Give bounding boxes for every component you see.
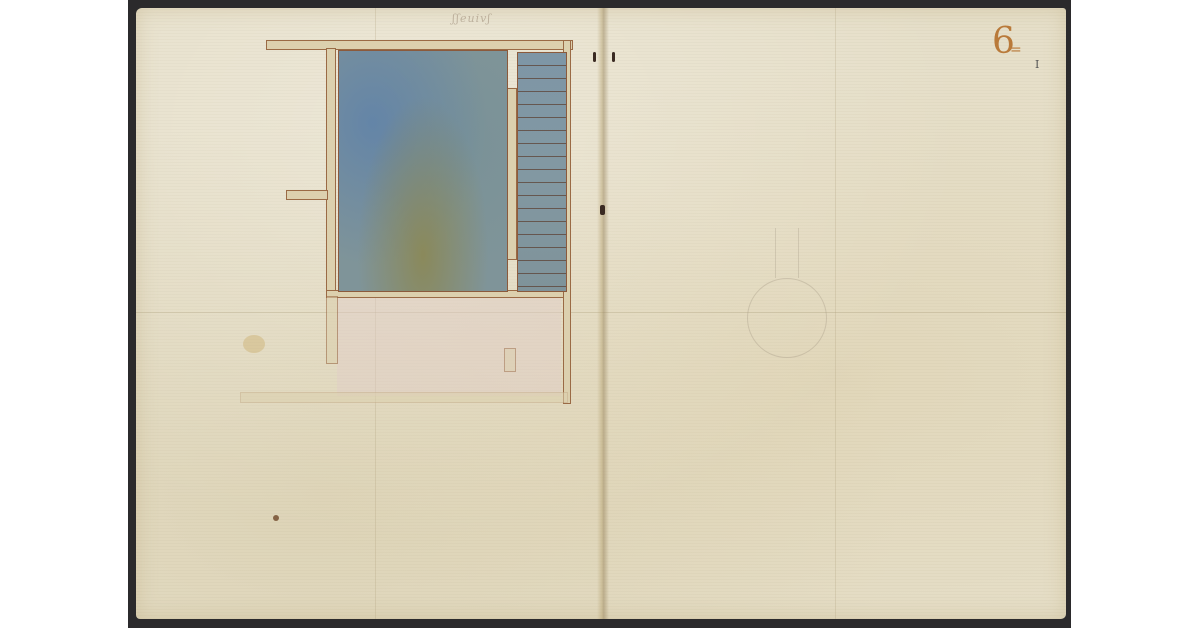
center-fold: [597, 8, 609, 619]
plan-top-wall: [266, 40, 573, 50]
faint-inscription: ʃʃeuivʃ: [452, 12, 491, 25]
chain-line: [835, 8, 836, 619]
lower-pier: [504, 348, 516, 372]
folio-sub-mark: I: [1035, 58, 1039, 71]
main-room-blue-wash: [338, 50, 508, 292]
plan-side-wall-stub: [286, 190, 328, 200]
watermark-crown: [775, 228, 799, 278]
lower-left-wall: [326, 296, 338, 364]
ink-spot: [273, 515, 279, 521]
watermark-circle: [747, 278, 827, 358]
ink-blot: [600, 205, 605, 215]
lower-room-pink-wash: [337, 298, 561, 396]
stain: [243, 335, 265, 353]
ink-mark: [612, 52, 615, 62]
ink-mark: [593, 52, 596, 62]
plan-bottom-wall: [240, 392, 568, 403]
plan-left-wall: [326, 48, 336, 298]
staircase: [517, 52, 567, 292]
folio-mark: =: [1010, 42, 1022, 58]
